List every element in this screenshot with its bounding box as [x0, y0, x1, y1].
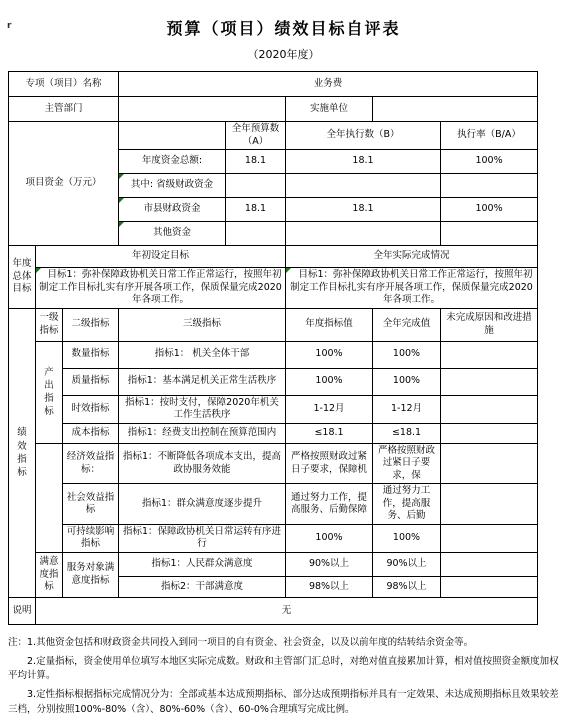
perf-timeliness-l2: 时效指标	[63, 395, 119, 423]
perf-cost-complete: ≤18.1	[373, 423, 441, 443]
funding-provincial-label: 其中: 省级财政资金	[119, 174, 226, 198]
remark-value: 无	[36, 597, 538, 624]
funding-header-blank	[119, 122, 226, 150]
project-name-value: 业务费	[119, 72, 538, 97]
perf-row-social: 社会效益指标 指标1：群众满意度逐步提升 通过努力工作，提高服务、后勤保障 通过…	[9, 484, 538, 525]
goal-section-label: 年度总体目标	[9, 246, 36, 309]
perf-timeliness-annual: 1-12月	[286, 395, 373, 423]
perf-timeliness-l3: 指标1：按时支付，保障2020年机关工作生活秩序	[119, 395, 286, 423]
perf-header-l1: 一级指标	[36, 308, 63, 341]
perf-economic-reason	[441, 443, 538, 484]
perf-satisfaction1-l3: 指标1：人民群众满意度	[119, 552, 286, 576]
goal-actual-text: 目标1：弥补保障政协机关日常工作正常运行，按照年初制定工作目标扎实有序开展各项工…	[286, 268, 538, 309]
perf-economic-annual: 严格按照财政过紧日子要求，保障机	[286, 443, 373, 484]
funding-other-rate	[441, 222, 538, 246]
perf-header-l3: 三级指标	[119, 308, 286, 341]
funding-county-label: 市县财政资金	[119, 198, 226, 222]
perf-satisfaction1-annual: 90%以上	[286, 552, 373, 576]
perf-economic-l3: 指标1：不断降低各项成本支出，提高政协服务效能	[119, 443, 286, 484]
funding-total-label: 年度资金总额:	[119, 150, 226, 174]
perf-social-l3: 指标1：群众满意度逐步提升	[119, 484, 286, 525]
perf-timeliness-complete: 1-12月	[373, 395, 441, 423]
goal-set-text: 目标1：弥补保障政协机关日常工作正常运行，按照年初制定工作目标扎实有序开展各项工…	[36, 268, 286, 309]
perf-row-cost: 成本指标 指标1：经费支出控制在预算范围内 ≤18.1 ≤18.1	[9, 423, 538, 443]
row-perf-header: 绩效指标 一级指标 二级指标 三级指标 年度指标值 全年完成值 未完成原因和改进…	[9, 308, 538, 341]
perf-economic-complete: 严格按照财政过紧日子要求，保	[373, 443, 441, 484]
row-goal-content: 目标1：弥补保障政协机关日常工作正常运行，按照年初制定工作目标扎实有序开展各项工…	[9, 268, 538, 309]
perf-satisfaction2-l3: 指标2：干部满意度	[119, 576, 286, 597]
funding-col-rate: 执行率（B/A）	[441, 122, 538, 150]
unit-label: 实施单位	[286, 97, 373, 122]
perf-header-annual: 年度指标值	[286, 308, 373, 341]
funding-county-budget: 18.1	[226, 198, 286, 222]
perf-sustainable-reason	[441, 524, 538, 552]
footnote-3: 3.定性指标根据指标完成情况分为：全部或基本达成预期指标、部分达成预期指标并具有…	[8, 688, 560, 717]
funding-provincial-budget	[226, 174, 286, 198]
funding-provincial-exec	[286, 174, 441, 198]
goal-col-set: 年初设定目标	[36, 246, 286, 268]
perf-satisfaction-sub-label: 服务对象满意度指标	[63, 552, 119, 597]
unit-value	[373, 97, 538, 122]
stray-corner-artifact: r	[7, 23, 13, 30]
footnote-2: 2.定量指标，资金使用单位填写本地区实际完成数。财政和主管部门汇总时，对绝对值直…	[8, 655, 560, 684]
funding-total-rate: 100%	[441, 150, 538, 174]
remark-label: 说明	[9, 597, 36, 624]
perf-row-timeliness: 时效指标 指标1：按时支付，保障2020年机关工作生活秩序 1-12月 1-12…	[9, 395, 538, 423]
funding-total-budget: 18.1	[226, 150, 286, 174]
perf-sustainable-complete: 100%	[373, 524, 441, 552]
funding-total-exec: 18.1	[286, 150, 441, 174]
perf-quantity-reason	[441, 341, 538, 368]
funding-other-budget	[226, 222, 286, 246]
perf-row-quality: 质量指标 指标1：基本满足机关正常生活秩序 100% 100%	[9, 368, 538, 395]
perf-satisfaction-group-label: 满意度指标	[36, 552, 63, 597]
perf-quality-complete: 100%	[373, 368, 441, 395]
perf-social-reason	[441, 484, 538, 525]
footnote-1: 注：1.其他资金包括和财政资金共同投入到同一项目的自有资金、社会资金，以及以前年…	[8, 636, 560, 651]
funding-county-exec: 18.1	[286, 198, 441, 222]
funding-other-exec	[286, 222, 441, 246]
dept-label: 主管部门	[9, 97, 119, 122]
perf-satisfaction1-complete: 90%以上	[373, 552, 441, 576]
perf-cost-l3: 指标1：经费支出控制在预算范围内	[119, 423, 286, 443]
perf-row-satisfaction-1: 满意度指标 服务对象满意度指标 指标1：人民群众满意度 90%以上 90%以上	[9, 552, 538, 576]
perf-cost-reason	[441, 423, 538, 443]
perf-quality-l2: 质量指标	[63, 368, 119, 395]
perf-row-quantity: 产出指标 数量指标 指标1： 机关全体干部 100% 100%	[9, 341, 538, 368]
perf-row-sustainable: 可持续影响指标 指标1：保障政协机关日常运转有序进行 100% 100%	[9, 524, 538, 552]
funding-col-budget: 全年预算数（A）	[226, 122, 286, 150]
perf-quantity-l2: 数量指标	[63, 341, 119, 368]
perf-quantity-l3: 指标1： 机关全体干部	[119, 341, 286, 368]
perf-quality-l3: 指标1：基本满足机关正常生活秩序	[119, 368, 286, 395]
self-evaluation-table: 专项（项目）名称 业务费 主管部门 实施单位 项目资金（万元） 全年预算数（A）…	[8, 71, 538, 625]
perf-header-l2: 二级指标	[63, 308, 119, 341]
perf-social-complete: 通过努力工作，提高服务、后勤	[373, 484, 441, 525]
row-departments: 主管部门 实施单位	[9, 97, 538, 122]
perf-timeliness-reason	[441, 395, 538, 423]
page-subtitle: （2020年度）	[0, 46, 567, 62]
perf-satisfaction2-annual: 98%以上	[286, 576, 373, 597]
funding-other-label: 其他资金	[119, 222, 226, 246]
perf-satisfaction2-complete: 98%以上	[373, 576, 441, 597]
goal-col-actual: 全年实际完成情况	[286, 246, 538, 268]
perf-sustainable-annual: 100%	[286, 524, 373, 552]
footnotes: 注：1.其他资金包括和财政资金共同投入到同一项目的自有资金、社会资金，以及以前年…	[8, 636, 560, 718]
project-name-label: 专项（项目）名称	[9, 72, 119, 97]
perf-cost-l2: 成本指标	[63, 423, 119, 443]
funding-section-label: 项目资金（万元）	[9, 122, 119, 246]
perf-quality-annual: 100%	[286, 368, 373, 395]
perf-row-economic: 经济效益指标： 指标1：不断降低各项成本支出，提高政协服务效能 严格按照财政过紧…	[9, 443, 538, 484]
perf-benefit-group-blank	[36, 443, 63, 552]
row-project-name: 专项（项目）名称 业务费	[9, 72, 538, 97]
page-title: 预算（项目）绩效目标自评表	[0, 16, 567, 39]
dept-value	[119, 97, 286, 122]
perf-output-group-label: 产出指标	[36, 341, 63, 443]
perf-quantity-complete: 100%	[373, 341, 441, 368]
perf-quantity-annual: 100%	[286, 341, 373, 368]
funding-provincial-rate	[441, 174, 538, 198]
row-remark: 说明 无	[9, 597, 538, 624]
perf-sustainable-l2: 可持续影响指标	[63, 524, 119, 552]
perf-satisfaction1-reason	[441, 552, 538, 576]
perf-satisfaction2-reason	[441, 576, 538, 597]
perf-social-annual: 通过努力工作，提高服务、后勤保障	[286, 484, 373, 525]
funding-col-exec: 全年执行数（B）	[286, 122, 441, 150]
perf-header-complete: 全年完成值	[373, 308, 441, 341]
perf-social-l2: 社会效益指标	[63, 484, 119, 525]
funding-county-rate: 100%	[441, 198, 538, 222]
perf-cost-annual: ≤18.1	[286, 423, 373, 443]
row-goal-header: 年度总体目标 年初设定目标 全年实际完成情况	[9, 246, 538, 268]
row-funding-header: 项目资金（万元） 全年预算数（A） 全年执行数（B） 执行率（B/A）	[9, 122, 538, 150]
perf-section-label: 绩效指标	[9, 308, 36, 597]
perf-header-reason: 未完成原因和改进措施	[441, 308, 538, 341]
perf-sustainable-l3: 指标1：保障政协机关日常运转有序进行	[119, 524, 286, 552]
perf-quality-reason	[441, 368, 538, 395]
perf-economic-l2: 经济效益指标：	[63, 443, 119, 484]
